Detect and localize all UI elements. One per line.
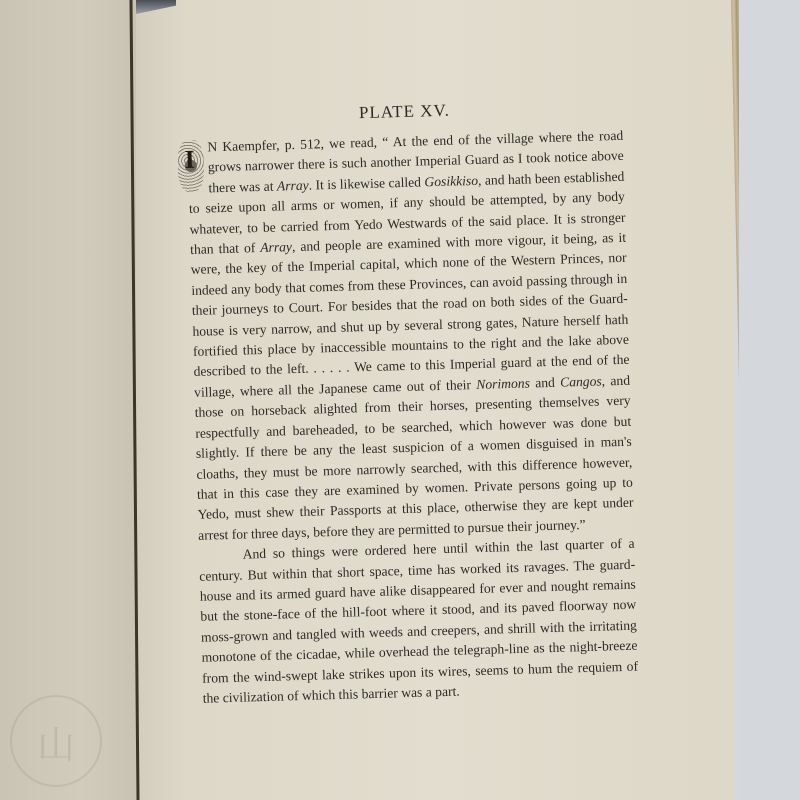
backdrop <box>739 0 800 800</box>
text-run: and <box>530 375 561 391</box>
italic-place-name: Array <box>277 177 309 193</box>
page-content: PLATE XV. I N Kaempfer, p. 512, we read,… <box>186 88 639 709</box>
left-page <box>0 0 136 800</box>
italic-term: Cangos <box>560 373 602 389</box>
watermark-glyph: 山 <box>37 714 75 769</box>
dropcap-letter: I <box>184 150 195 171</box>
closing-paragraph: And so things were ordered here until wi… <box>198 534 638 709</box>
text-run: , and those on horseback alighted from t… <box>195 373 634 543</box>
text-run: . It is likewise called <box>308 174 424 192</box>
quoted-paragraph: I N Kaempfer, p. 512, we read, “ At the … <box>187 126 634 546</box>
italic-term: Norimons <box>476 375 530 391</box>
italic-place-name: Gosikkiso <box>424 173 478 189</box>
italic-place-name: Array <box>260 239 292 255</box>
plate-heading: PLATE XV. <box>186 96 622 128</box>
ornamental-dropcap: I <box>177 140 204 193</box>
watermark-seal: 山 <box>10 695 102 787</box>
